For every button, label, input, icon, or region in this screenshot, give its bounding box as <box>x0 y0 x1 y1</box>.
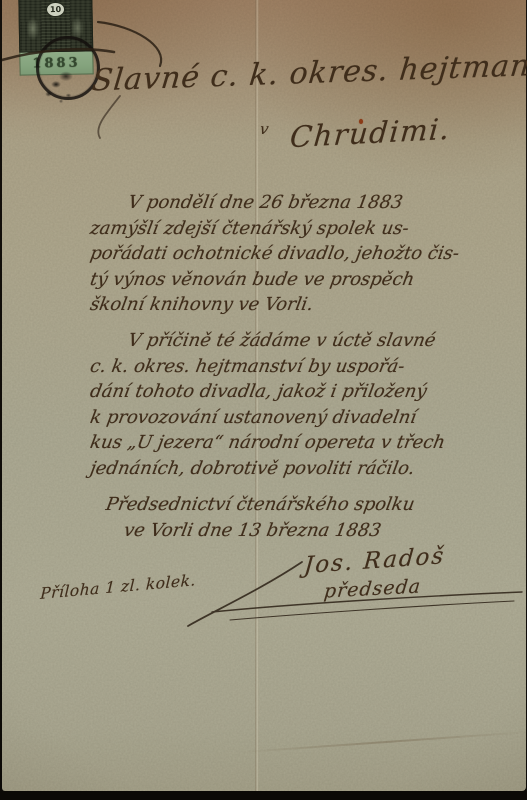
salutation-preposition: v <box>258 120 270 138</box>
stamp-denomination: 10 <box>46 2 65 17</box>
closing-block: Předsednictví čtenářského spolku ve Vorl… <box>106 492 414 544</box>
signature-title: předseda <box>323 575 422 602</box>
document-photo: 10 1883 Slavné c. k. okres. hejtmanství … <box>0 0 527 800</box>
signature-name: Jos. Radoš <box>303 543 446 579</box>
handwritten-line: školní knihovny ve Vorli. <box>88 292 527 318</box>
handwritten-line: V příčině té žádáme v úctě slavné <box>88 328 527 354</box>
salutation-line-1: Slavné c. k. okres. hejtmanství <box>90 48 523 98</box>
handwritten-line: dání tohoto divadla, jakož i přiložený <box>88 379 527 405</box>
attachment-note: Příloha 1 zl. kolek. <box>40 571 197 603</box>
closing-line-1: Předsednictví čtenářského spolku <box>104 492 417 518</box>
closing-line-2: ve Vorli dne 13 března 1883 <box>104 518 417 544</box>
handwritten-line: zamýšlí zdejší čtenářský spolek us- <box>88 216 527 242</box>
salutation-line-2: Chrudimi. <box>289 112 453 155</box>
handwritten-line: kus „U jezera“ národní opereta v třech <box>88 430 527 456</box>
handwritten-line: V pondělí dne 26 března 1883 <box>88 190 527 216</box>
letter-paper: 10 1883 Slavné c. k. okres. hejtmanství … <box>2 0 526 791</box>
body-paragraph-2: V příčině té žádáme v úctě slavné c. k. … <box>88 328 524 481</box>
handwritten-line: tý výnos věnován bude ve prospěch <box>88 267 527 293</box>
diagonal-crease <box>236 731 527 754</box>
handwritten-line: pořádati ochotnické divadlo, jehožto čis… <box>88 241 527 267</box>
handwritten-line: c. k. okres. hejtmanství by uspořá- <box>88 354 527 380</box>
body-paragraph-1: V pondělí dne 26 března 1883 zamýšlí zde… <box>88 190 524 318</box>
handwritten-line: k provozování ustanovený divadelní <box>88 405 527 431</box>
handwritten-line: jednáních, dobrotivě povoliti ráčilo. <box>88 456 527 482</box>
